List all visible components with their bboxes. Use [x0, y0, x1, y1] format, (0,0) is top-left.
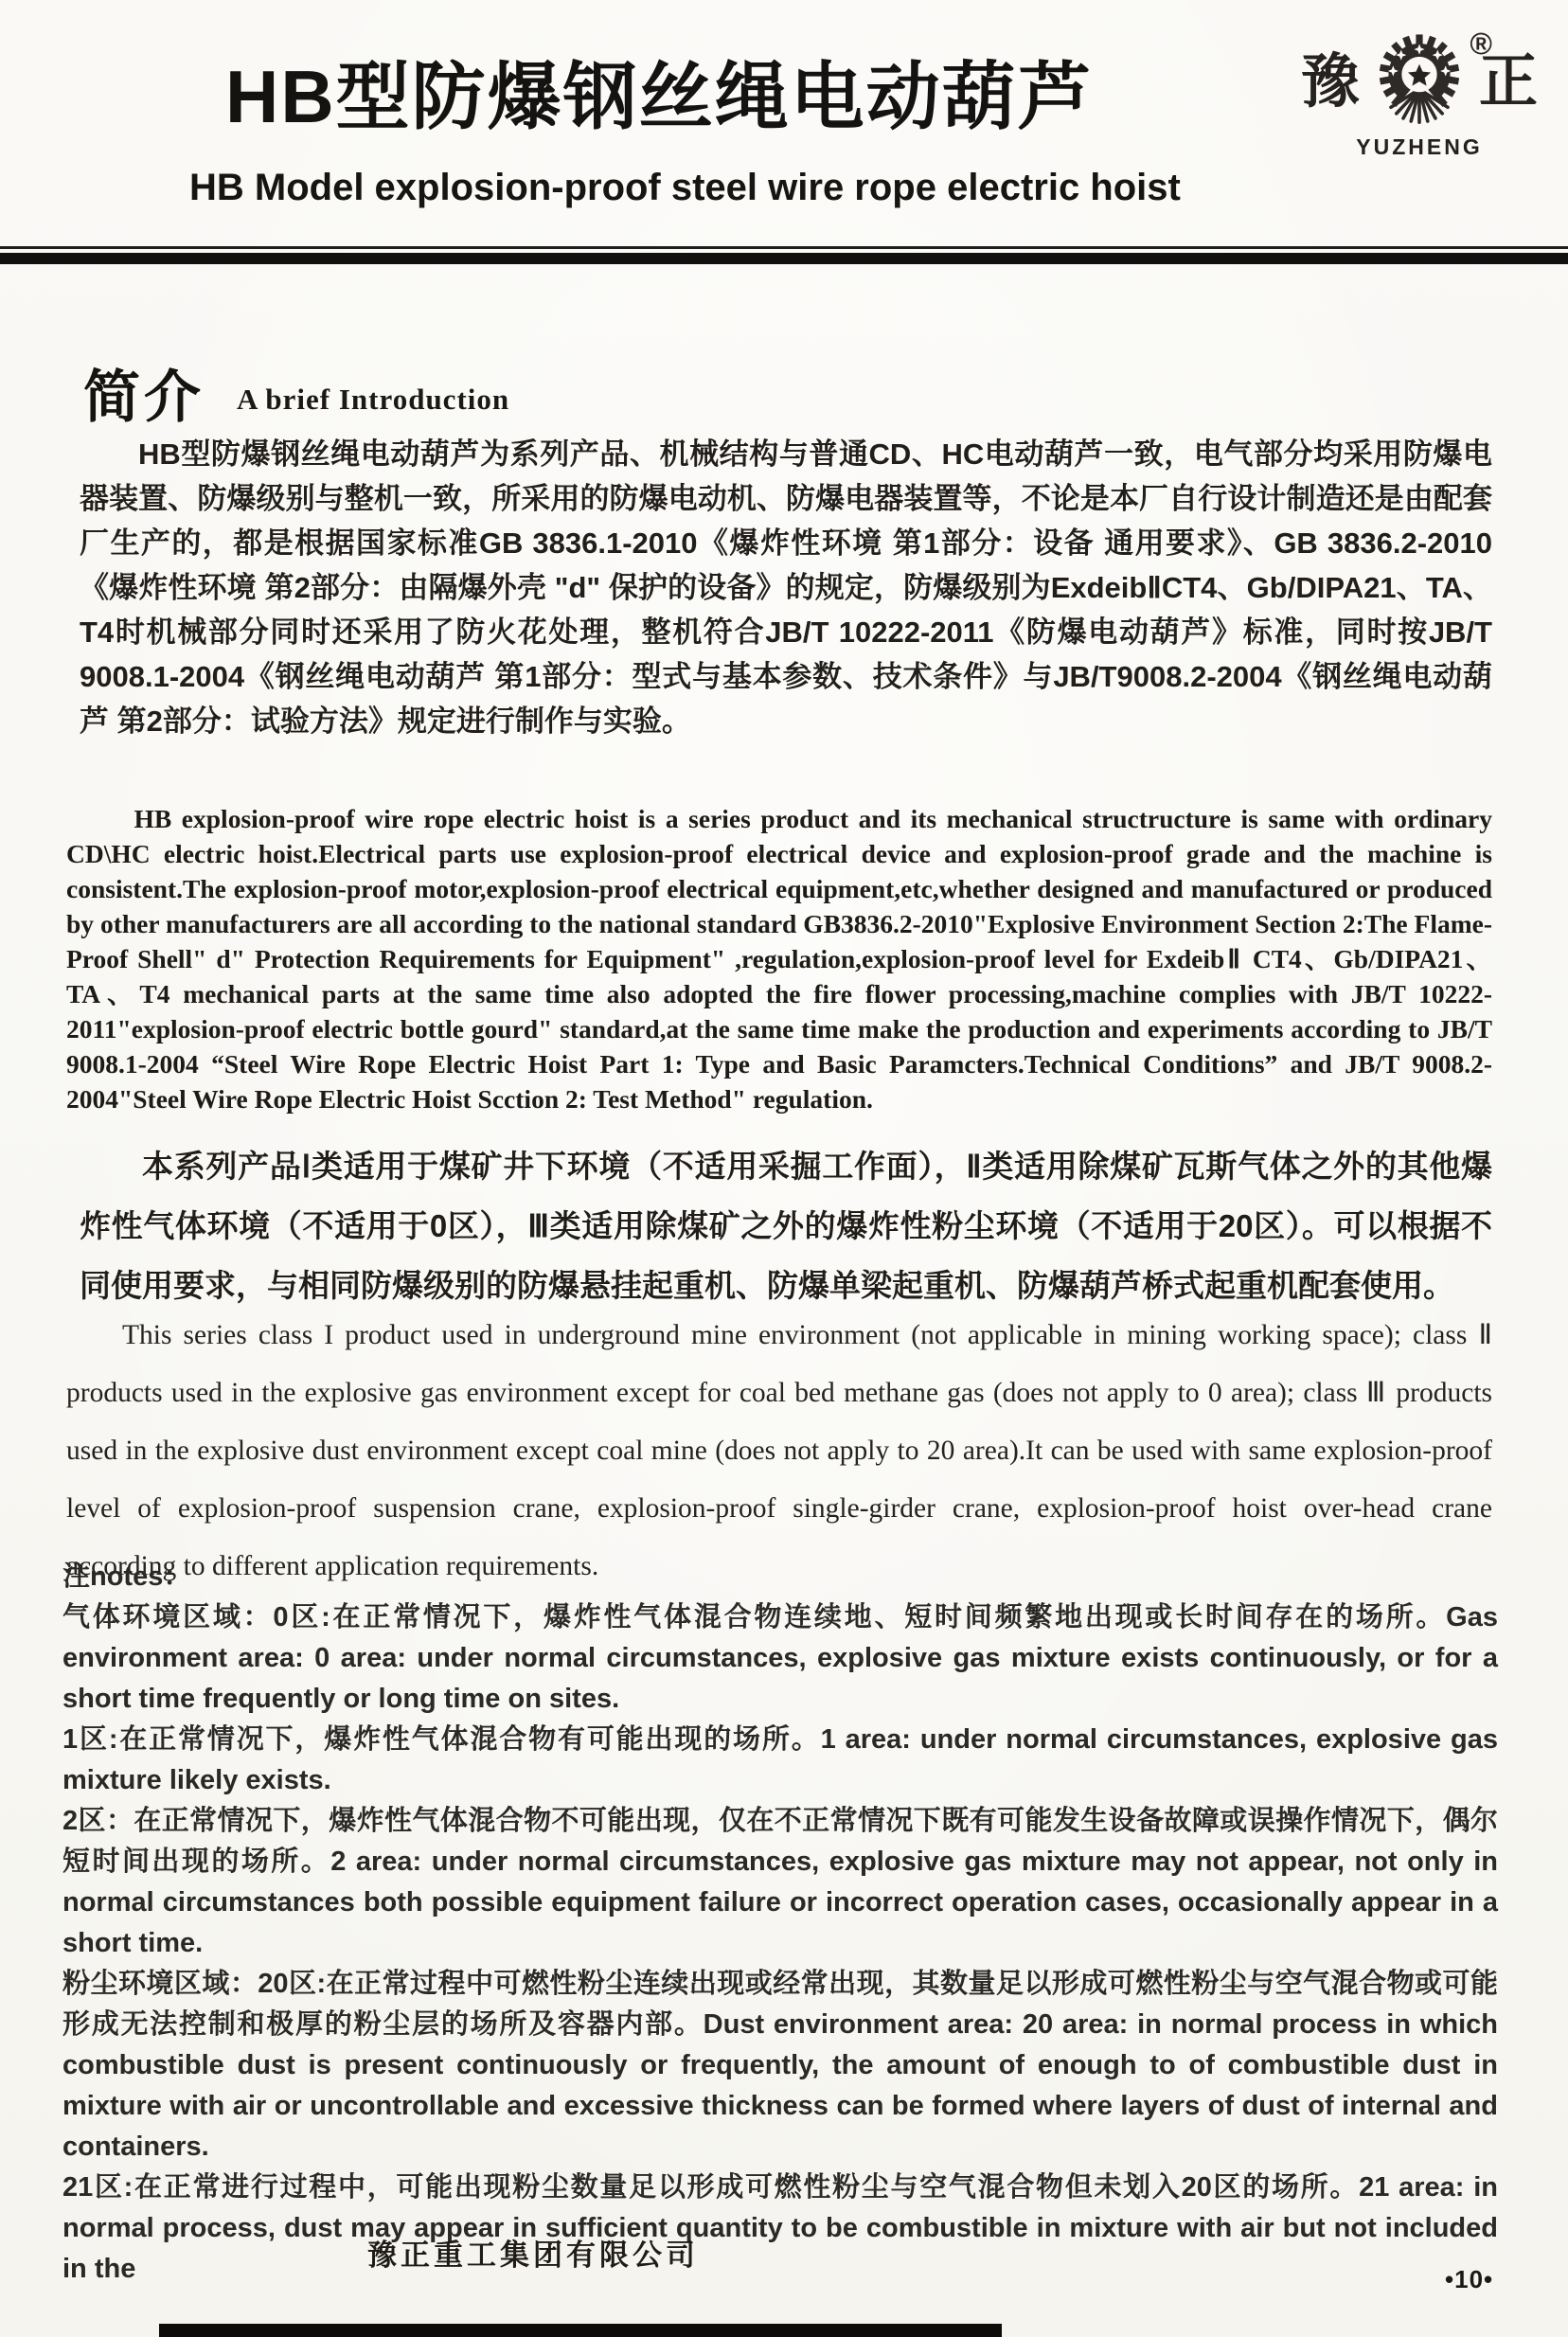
divider-thin-line — [0, 246, 1568, 249]
scan-artifact-bar — [159, 2324, 1002, 2337]
registered-trademark-symbol: ® — [1470, 28, 1492, 59]
document-page: HB型防爆钢丝绳电动葫芦 豫 — [0, 0, 1568, 2337]
page-subtitle: HB Model explosion-proof steel wire rope… — [189, 167, 1155, 209]
brand-logo-row: 豫 — [1276, 27, 1562, 138]
section-heading-en: A brief Introduction — [237, 383, 509, 416]
page-number: •10• — [1445, 2265, 1493, 2294]
note-dust-area-21: 21区:在正常进行过程中，可能出现粉尘数量足以形成可燃性粉尘与空气混合物但未划入… — [62, 2168, 1498, 2290]
section-heading: 简介A brief Introduction — [83, 352, 509, 434]
footer-company-name: 豫正重工集团有限公司 — [367, 2231, 699, 2274]
notes-section: 注notes： 气体环境区域：0区:在正常情况下，爆炸性气体混合物连续地、短时间… — [62, 1557, 1498, 2290]
logo-char-left: 豫 — [1301, 53, 1360, 112]
brand-name: YUZHENG — [1276, 134, 1562, 160]
notes-label: 注notes： — [62, 1557, 1498, 1597]
note-dust-area-20: 粉尘环境区域：20区:在正常过程中可燃性粉尘连续出现或经常出现，其数量足以形成可… — [62, 1964, 1498, 2168]
note-gas-area-0: 气体环境区域：0区:在正常情况下，爆炸性气体混合物连续地、短时间频繁地出现或长时… — [62, 1597, 1498, 1720]
note-gas-area-1: 1区:在正常情况下，爆炸性气体混合物有可能出现的场所。1 area: under… — [62, 1720, 1498, 1801]
application-paragraph-chinese: 本系列产品Ⅰ类适用于煤矿井下环境（不适用采掘工作面），Ⅱ类适用除煤矿瓦斯气体之外… — [80, 1136, 1492, 1315]
page-title: HB型防爆钢丝绳电动葫芦 — [225, 38, 1094, 144]
intro-paragraph-chinese: HB型防爆钢丝绳电动葫芦为系列产品、机械结构与普通CD、HC电动葫芦一致，电气部… — [80, 432, 1492, 743]
note-gas-area-2: 2区：在正常情况下，爆炸性气体混合物不可能出现，仅在不正常情况下既有可能发生设备… — [62, 1801, 1498, 1964]
brand-logo: 豫 — [1276, 27, 1562, 160]
intro-paragraph-english: HB explosion-proof wire rope electric ho… — [66, 801, 1492, 1116]
application-paragraph-english: This series class I product used in unde… — [66, 1307, 1492, 1596]
gear-star-logo: ® — [1362, 27, 1477, 138]
section-heading-cn: 简介 — [83, 366, 205, 429]
gear-star-icon — [1362, 27, 1477, 138]
header-divider — [0, 246, 1568, 264]
logo-char-right: 正 — [1479, 53, 1538, 112]
divider-thick-line — [0, 253, 1568, 264]
